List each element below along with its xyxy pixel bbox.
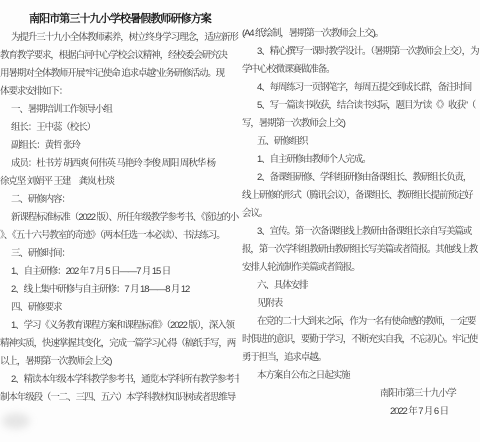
text-line: 1、学习《义务教育课程方案和课程标准》（2022 版），深入领 [0,317,239,335]
left-column: 南阳市第三十九小学校暑假教师研修方案为提升三十九小全体教师素养，树立终身学习理念… [0,9,239,429]
text-line: 五、研修组织 [242,133,480,151]
signature-school: 南阳市第三十九小学 [242,385,480,403]
text-line: 4、每周练习一页钢笔字，每周五提交到成长群，备注时间 [242,79,480,97]
text-line: 一、暑期培训工作领导小组 [0,101,239,119]
text-line: 5、写一篇读书收获，结合读书实际，题目为“读《》收获”（ [242,97,480,115]
text-line: 勇于担当，追求卓越。 [242,349,480,367]
text-line: 会议。 [242,205,480,223]
text-line: 成员：杜书芳 胡西爽 何伟英 马艳玲 李俊 周阳 周秋华 杨 [0,155,239,173]
right-column: (A4 纸绘制，暑期第一次教师会上交)。3、精心撰写一课时教学设计。（暑期第一次… [242,25,480,442]
text-line: 本方案自公布之日起实施 [242,367,480,385]
text-line: 3、宣传。第一次备课组线上教研由备课组长亲自写美篇或 [242,223,480,241]
document-title: 南阳市第三十九小学校暑假教师研修方案 [0,9,239,29]
signature-date: 2022 年 7 月 6 日 [242,403,480,421]
scan-smudge [2,413,30,429]
text-line: 见附表 [242,295,480,313]
text-line: 在党的二十大到来之际，作为一名有使命感的教师，一定要 [242,313,480,331]
text-line: 》、《五十六号教室的奇迹》（两本任选一本必读）、书法练习。 [0,227,239,245]
text-line: 徐克坚 刘娟平 王建 龚岚 杜琰 [0,173,239,191]
document-page: 南阳市第三十九小学校暑假教师研修方案为提升三十九小全体教师素养，树立终身学习理念… [0,0,480,442]
text-line: 学中心校微课赛做准备。 [242,61,480,79]
text-line: (A4 纸绘制，暑期第一次教师会上交)。 [242,25,480,43]
text-line: 为提升三十九小全体教师素养，树立终身学习理念，适应新形 [0,29,239,47]
text-line: 四、研修要求 [0,299,239,317]
text-line: 二、研修内容： [0,191,239,209]
text-line: 2、精读本年级本学科教学参考书，通览本学科所有教学参考书 [0,371,239,389]
text-line: 1、自主研修由教师个人完成。 [242,151,480,169]
text-line: 制本年级段（一二、三四、五六）本学科教材知识树或者思维导 [0,389,239,407]
text-line: 体要求安排如下： [0,83,239,101]
text-line: 3、精心撰写一课时教学设计。（暑期第一次教师会上交），为 [242,43,480,61]
text-line: 安排人轮流制作美篇或者简报。 [242,259,480,277]
text-line: 用暑期对全体教师开展“牢记使命 追求卓越”业务研修活动。现 [0,65,239,83]
text-line: 时俱进的意识，要勤于学习，不断充实自我，不忘初心。牢记使 [242,331,480,349]
text-line: 新课程标准标准（2022 版）、所任年级教学参考书、《窗边的小 [0,209,239,227]
text-line: 六、具体安排 [242,277,480,295]
text-line: 写，暑期第一次教师会上交) [242,115,480,133]
text-line: 1、自主研修：202 年 7 月 5 日——7 月 15 日 [0,263,239,281]
text-line: 2、线上集中研修与自主研修：7 月 18——8 月 12 [0,281,239,299]
text-line: 三、研修时间： [0,245,239,263]
text-line: 组长：王中蕊（校长） [0,119,239,137]
text-line: 报，第一次学科组教研由教研组长写美篇或者简报。其他线上教 [242,241,480,259]
text-line: 教育教学要求，根据白河中心学校会议精神，经校委会研究决 [0,47,239,65]
text-line: 以上，暑期第一次教师会上交) [0,353,239,371]
text-line: 2、备课组研修、学科组研修由备课组长、教研组长负责， [242,169,480,187]
text-line: 精神实质，快速掌握其变化，完成一篇学习心得（稿纸手写，两 [0,335,239,353]
text-line: 线上研修的形式（腾讯会议），备课组长、教研组长提前预定好 [242,187,480,205]
text-line: 副组长：黄哲 张玲 [0,137,239,155]
